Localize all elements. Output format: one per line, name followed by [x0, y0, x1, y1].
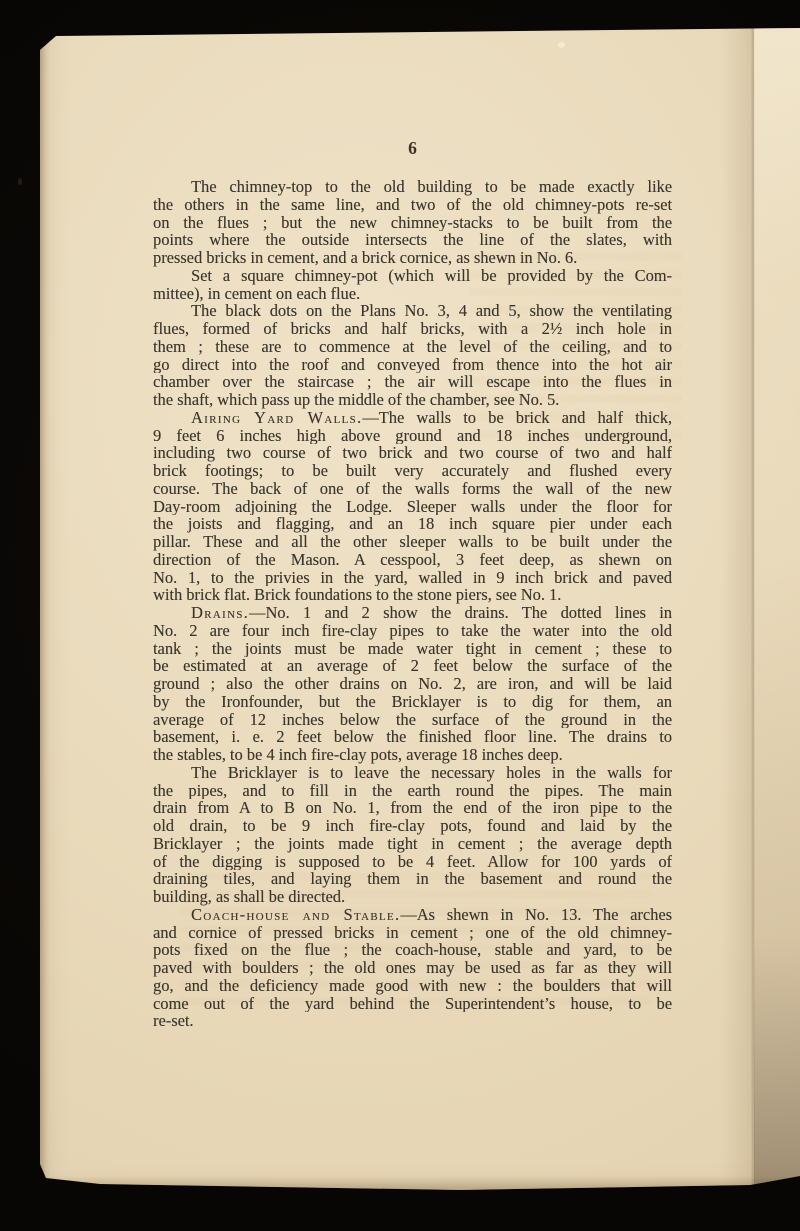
text-line: Airing Yard Walls.—The walls to be brick… — [153, 409, 672, 427]
text-line: 9 feet 6 inches high above ground and 18… — [153, 427, 672, 445]
document-page: 6 The chimney-top to the old building to… — [40, 28, 800, 1190]
paragraph: Set a square chimney-pot (which will be … — [153, 267, 672, 303]
text-line: pots fixed on the flue ; the coach-house… — [153, 941, 672, 959]
text-line: brick footings; to be built very accurat… — [153, 462, 672, 480]
text-line: No. 2 are four inch fire-clay pipes to t… — [153, 622, 672, 640]
section-heading: Drains. — [191, 604, 249, 622]
text-line: Drains.—No. 1 and 2 show the drains. The… — [153, 604, 672, 622]
text-line: pressed bricks in cement, and a brick co… — [153, 249, 672, 267]
text-line: course. The back of one of the walls for… — [153, 480, 672, 498]
text-line: go direct into the roof and conveyed fro… — [153, 356, 672, 374]
text-line: pillar. These and all the other sleeper … — [153, 533, 672, 551]
page-bottom-edge-shadow — [40, 1176, 800, 1190]
text-line: The black dots on the Plans No. 3, 4 and… — [153, 302, 672, 320]
text-line: mittee), in cement on each flue. — [153, 285, 672, 303]
text-line: building, as shall be directed. — [153, 888, 672, 906]
text-line: the stables, to be 4 inch fire-clay pots… — [153, 746, 672, 764]
text-line: ground ; also the other drains on No. 2,… — [153, 675, 672, 693]
text-line: be estimated at an average of 2 feet bel… — [153, 657, 672, 675]
paragraph: The chimney-top to the old building to b… — [153, 178, 672, 267]
text-line: No. 1, to the privies in the yard, walle… — [153, 569, 672, 587]
text-line: flues, formed of bricks and half bricks,… — [153, 320, 672, 338]
text-line: Set a square chimney-pot (which will be … — [153, 267, 672, 285]
paragraph: Drains.—No. 1 and 2 show the drains. The… — [153, 604, 672, 764]
text-line: Coach-house and Stable.—As shewn in No. … — [153, 906, 672, 924]
text-line: Bricklayer ; the joints made tight in ce… — [153, 835, 672, 853]
text-line: and cornice of pressed bricks in cement … — [153, 924, 672, 942]
text-line: direction of the Mason. A cesspool, 3 fe… — [153, 551, 672, 569]
text-line: the others in the same line, and two of … — [153, 196, 672, 214]
text-line: including two course of two brick and tw… — [153, 444, 672, 462]
section-heading: Coach-house and Stable. — [191, 906, 400, 924]
text-line: old drain, to be 9 inch fire-clay pots, … — [153, 817, 672, 835]
text-line: them ; these are to commence at the leve… — [153, 338, 672, 356]
text-line: re-set. — [153, 1012, 672, 1030]
text-line: The Bricklayer is to leave the necessary… — [153, 764, 672, 782]
page-text: The chimney-top to the old building to b… — [153, 178, 672, 1030]
text-line: Day-room adjoining the Lodge. Sleeper wa… — [153, 498, 672, 516]
text-line: the joists and flagging, and an 18 inch … — [153, 515, 672, 533]
page-number: 6 — [153, 138, 672, 159]
page-left-edge-shadow — [40, 28, 50, 1190]
paragraph: The Bricklayer is to leave the necessary… — [153, 764, 672, 906]
paper-speck — [558, 42, 565, 48]
page-crease-shading — [720, 28, 752, 1190]
text-line: paved with boulders ; the old ones may b… — [153, 959, 672, 977]
paragraph: Coach-house and Stable.—As shewn in No. … — [153, 906, 672, 1030]
text-line: the pipes, and to fill in the earth roun… — [153, 782, 672, 800]
text-line: come out of the yard behind the Superint… — [153, 995, 672, 1013]
text-line: The chimney-top to the old building to b… — [153, 178, 672, 196]
scan-background: 6 The chimney-top to the old building to… — [0, 0, 800, 1231]
text-line: go, and the deficiency made good with ne… — [153, 977, 672, 995]
text-line: points where the outside intersects the … — [153, 231, 672, 249]
paragraph: Airing Yard Walls.—The walls to be brick… — [153, 409, 672, 604]
text-line: basement, i. e. 2 feet below the finishe… — [153, 728, 672, 746]
text-line: on the flues ; but the new chimney-stack… — [153, 214, 672, 232]
section-heading: Airing Yard Walls. — [191, 409, 362, 427]
text-line: of the digging is supposed to be 4 feet.… — [153, 853, 672, 871]
text-line: chamber over the staircase ; the air wil… — [153, 373, 672, 391]
text-line: draining tiles, and laying them in the b… — [153, 870, 672, 888]
text-line: with brick flat. Brick foundations to th… — [153, 586, 672, 604]
text-line: by the Ironfounder, but the Bricklayer i… — [153, 693, 672, 711]
text-line: average of 12 inches below the surface o… — [153, 711, 672, 729]
text-line: tank ; the joints must be made water tig… — [153, 640, 672, 658]
page-fold-right-strip — [754, 28, 800, 1190]
dust-speck — [18, 178, 22, 185]
text-line: drain from A to B on No. 1, from the end… — [153, 799, 672, 817]
text-line: the shaft, which pass up the middle of t… — [153, 391, 672, 409]
paragraph: The black dots on the Plans No. 3, 4 and… — [153, 302, 672, 409]
